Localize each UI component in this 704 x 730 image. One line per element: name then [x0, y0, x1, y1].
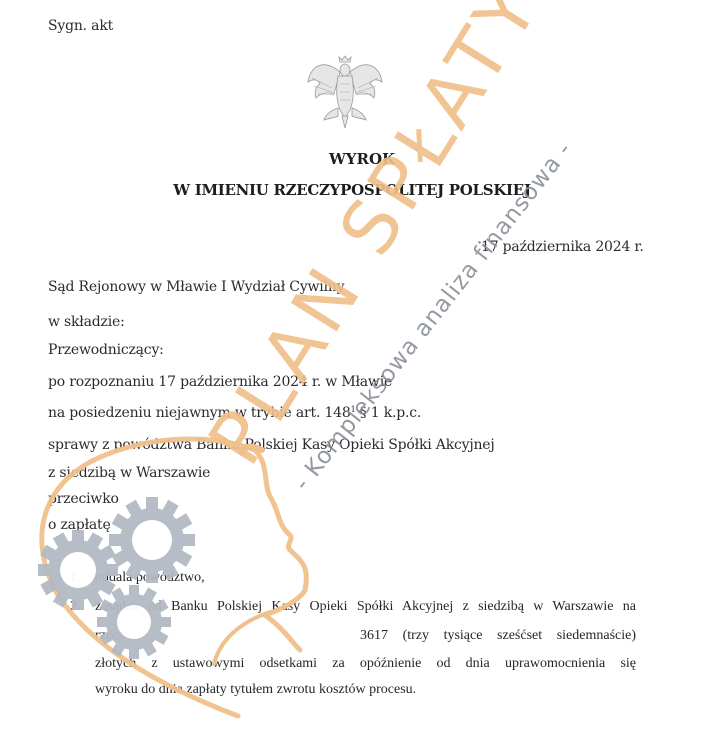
judgment-date: 17 października 2024 r.	[481, 239, 644, 255]
ruling-text: oddala powództwo,	[95, 570, 636, 586]
session-text: na posiedzeniu niejawnym w trybie art. 1…	[48, 405, 351, 421]
court-name: Sąd Rejonowy w Mławie I Wydział Cywilny	[48, 279, 344, 295]
plaintiff-seat: z siedzibą w Warszawie	[48, 465, 210, 481]
ruling-text: zasądza od Banku Polskiej Kasy Opieki Sp…	[95, 599, 636, 615]
composition-label: w składzie:	[48, 314, 125, 330]
awarded-amount: 3617 (trzy tysiące sześćset siedemnaście…	[360, 628, 636, 644]
judgment-subtitle: W IMIENIU RZECZYPOSPOLITEJ POLSKIEJ	[0, 181, 704, 199]
session-info: na posiedzeniu niejawnym w trybie art. 1…	[48, 405, 421, 421]
plaintiff-info: sprawy z powództwa Banku Polskiej Kasy O…	[48, 437, 495, 453]
ruling-interest-text: złotych z ustawowymi odsetkami za opóźni…	[95, 656, 636, 672]
against-label: przeciwko	[48, 491, 119, 507]
ruling-number: 2.	[70, 599, 81, 615]
polish-eagle-emblem-icon	[302, 48, 388, 132]
court-judgment-page: Sygn. akt WYROK W IMIENIU RZECZYPOSPOLIT…	[0, 0, 704, 730]
ruling-number: 1.	[70, 570, 81, 586]
case-number-label: Sygn. akt	[48, 18, 113, 34]
case-subject: o zapłatę	[48, 517, 111, 533]
presiding-judge-label: Przewodniczący:	[48, 342, 164, 358]
judgment-title: WYROK	[10, 150, 704, 168]
ruling-costs-text: wyroku do dnia zapłaty tytułem zwrotu ko…	[95, 682, 636, 698]
hearing-info: po rozpoznaniu 17 października 2024 r. w…	[48, 374, 392, 390]
session-article: § 1 k.p.c.	[355, 405, 421, 421]
